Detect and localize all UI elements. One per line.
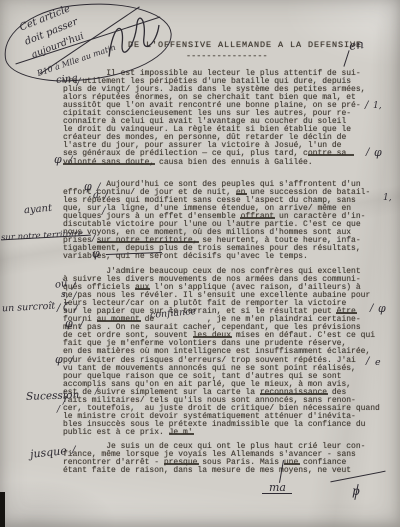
proof-slash: / [57,405,60,415]
proof-slash: / [73,291,76,302]
strikethrough-mark [336,312,357,314]
proof-slash: / [69,155,72,166]
proof-slash: / [57,303,60,314]
insertion-s-comma: s, [61,290,68,300]
deleatur-mark: φ [374,146,382,159]
circled-editorial-note: Cet article doit passer aujourd'hui B10 … [2,0,175,86]
insertion-word-jusque: jusque [29,444,67,461]
strikethrough-mark [135,288,150,290]
paragraph-3: J'admire beaucoup ceux de nos confrères … [63,268,380,437]
proof-zeta-mark: ζ [63,302,68,313]
strikethrough-mark [308,154,354,156]
correction-underline [262,493,292,494]
insertion-stroke [343,50,349,67]
insertion-word-ou: où [54,278,68,291]
deleatur-mark: φ [54,153,62,166]
strikethrough-mark [236,193,247,195]
deleatur-mark: φ [378,302,386,315]
proof-slash: / [365,100,368,111]
proof-slash: / [77,77,80,88]
insertion-word-ayant: ayant [24,203,53,216]
proof-slash: / [366,356,369,367]
strikethrough-mark [169,433,194,435]
proof-slash: / [70,355,73,366]
insertion-letter-e: e [375,357,381,368]
strikethrough-mark [63,163,155,165]
proof-slash: / [366,147,369,158]
proof-slash: / [370,303,373,314]
proof-slash: / [74,304,77,315]
insert-comma-mark: 1, [383,193,392,203]
proof-slash: / [80,319,83,330]
proof-slash: / [92,233,95,244]
strikethrough-mark [97,241,199,243]
deleatur-mark: φ [92,247,100,260]
proof-slash: / [102,206,105,217]
strikethrough-mark [284,463,300,465]
strikethrough-mark [240,217,275,219]
title-underline: ---------------- [186,51,268,61]
insertion-word-cinq: cinq [55,73,78,86]
paragraph-4: Je suis un de ceux qui ont le plus haut … [63,443,365,475]
proof-slash: / [104,191,107,202]
strikethrough-mark [260,393,328,395]
manuscript-page: DE L'OFFENSIVE ALLEMANDE A LA DEFENSIVE … [0,0,400,527]
paragraph-1: Il est impossible au lecteur le plus att… [63,70,365,167]
deleatur-mark: φ [84,180,92,193]
strikethrough-mark [193,336,232,338]
deleatur-mark: φ [55,353,63,366]
scan-edge-artifact [0,492,5,527]
proof-slash: / [95,387,98,397]
insertion-word-en: en [348,37,365,53]
proof-slash: / [72,445,75,456]
paragraph-2: Aujourd'hui ce sont des peuples qui s'af… [63,181,370,261]
insert-comma-mark: 1, [373,101,382,111]
insertion-un-surcroit: un surcroît [2,301,56,315]
insertion-letter-a: a [93,190,99,201]
strikethrough-mark [164,463,199,465]
deleatur-mark: φ [65,317,73,330]
insertion-word-succession: Sucession [26,389,80,403]
proof-slash: / [63,397,66,407]
strikethrough-mark [97,320,141,322]
